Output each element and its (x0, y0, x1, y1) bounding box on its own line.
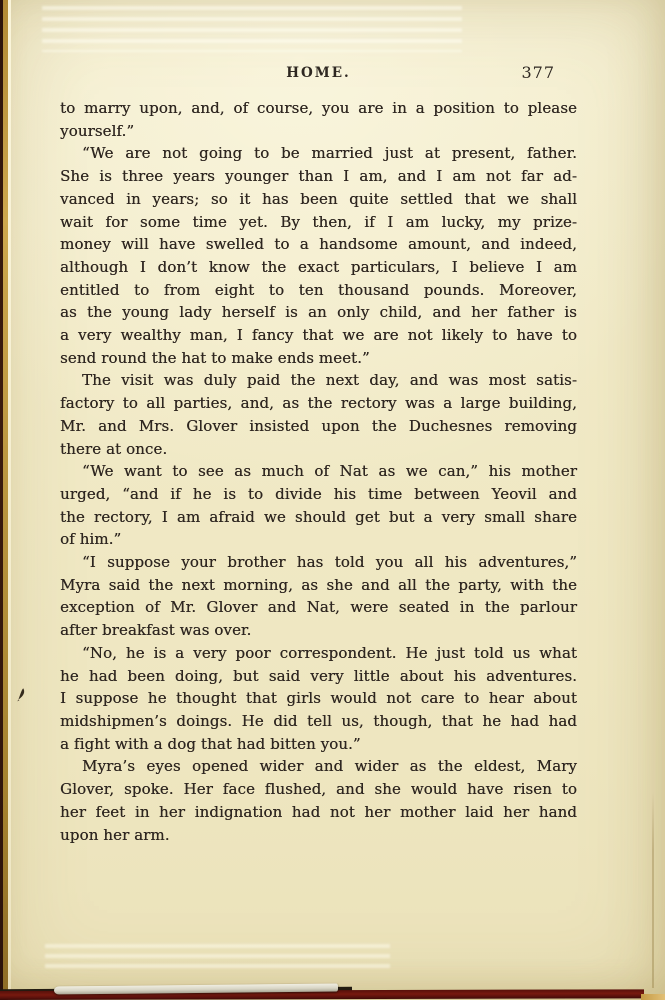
text-line: Glover, spoke. Her face flushed, and she… (60, 778, 577, 801)
paragraph: Myra’s eyes opened wider and wider as th… (60, 755, 577, 846)
text-line: She is three years younger than I am, an… (60, 165, 577, 188)
page-text: to marry upon, and, of course, you are i… (60, 97, 577, 846)
text-line: exception of Mr. Glover and Nat, were se… (60, 596, 577, 619)
text-line: The visit was duly paid the next day, an… (60, 369, 577, 392)
scanned-book-page: HOME. 377 to marry upon, and, of course,… (0, 0, 665, 1000)
text-line: to marry upon, and, of course, you are i… (60, 97, 577, 120)
text-line: there at once. (60, 438, 577, 461)
scanner-streak-bottom (45, 944, 390, 968)
text-line: upon her arm. (60, 824, 577, 847)
text-line: urged, “and if he is to divide his time … (60, 483, 577, 506)
text-line: “No, he is a very poor correspondent. He… (60, 642, 577, 665)
running-header-title: HOME. (60, 65, 577, 81)
text-line: yourself.” (60, 120, 577, 143)
text-line: her feet in her indignation had not her … (60, 801, 577, 824)
text-line: send round the hat to make ends meet.” (60, 347, 577, 370)
text-line: as the young lady herself is an only chi… (60, 301, 577, 324)
running-header-row: HOME. 377 (60, 63, 577, 83)
text-line: wait for some time yet. By then, if I am… (60, 211, 577, 234)
text-line: he had been doing, but said very little … (60, 665, 577, 688)
text-line: I suppose he thought that girls would no… (60, 687, 577, 710)
text-line: entitled to from eight to ten thousand p… (60, 279, 577, 302)
paragraph: to marry upon, and, of course, you are i… (60, 97, 577, 142)
text-line: “We are not going to be married just at … (60, 142, 577, 165)
text-line: Myra’s eyes opened wider and wider as th… (60, 755, 577, 778)
text-line: “We want to see as much of Nat as we can… (60, 460, 577, 483)
bottom-right-gold-edge (641, 994, 665, 1000)
text-line: money will have swelled to a handsome am… (60, 233, 577, 256)
paragraph: “We are not going to be married just at … (60, 142, 577, 369)
text-line: of him.” (60, 528, 577, 551)
binding-left-paper-highlight (8, 0, 11, 1000)
text-line: Mr. and Mrs. Glover insisted upon the Du… (60, 415, 577, 438)
text-line: midshipmen’s doings. He did tell us, tho… (60, 710, 577, 733)
right-page-crease (652, 792, 654, 988)
text-line: “I suppose your brother has told you all… (60, 551, 577, 574)
text-line: Myra said the next morning, as she and a… (60, 574, 577, 597)
scanner-streak-top (42, 6, 462, 52)
paragraph: “I suppose your brother has told you all… (60, 551, 577, 642)
text-line: a very wealthy man, I fancy that we are … (60, 324, 577, 347)
margin-pen-mark (15, 687, 27, 703)
text-line: after breakfast was over. (60, 619, 577, 642)
paragraph: The visit was duly paid the next day, an… (60, 369, 577, 460)
paragraph: “No, he is a very poor correspondent. He… (60, 642, 577, 756)
text-line: the rectory, I am afraid we should get b… (60, 506, 577, 529)
text-line: a fight with a dog that had bitten you.” (60, 733, 577, 756)
paragraph: “We want to see as much of Nat as we can… (60, 460, 577, 551)
text-line: although I don’t know the exact particul… (60, 256, 577, 279)
page-number: 377 (521, 63, 555, 82)
text-line: factory to all parties, and, as the rect… (60, 392, 577, 415)
text-line: vanced in years; so it has been quite se… (60, 188, 577, 211)
